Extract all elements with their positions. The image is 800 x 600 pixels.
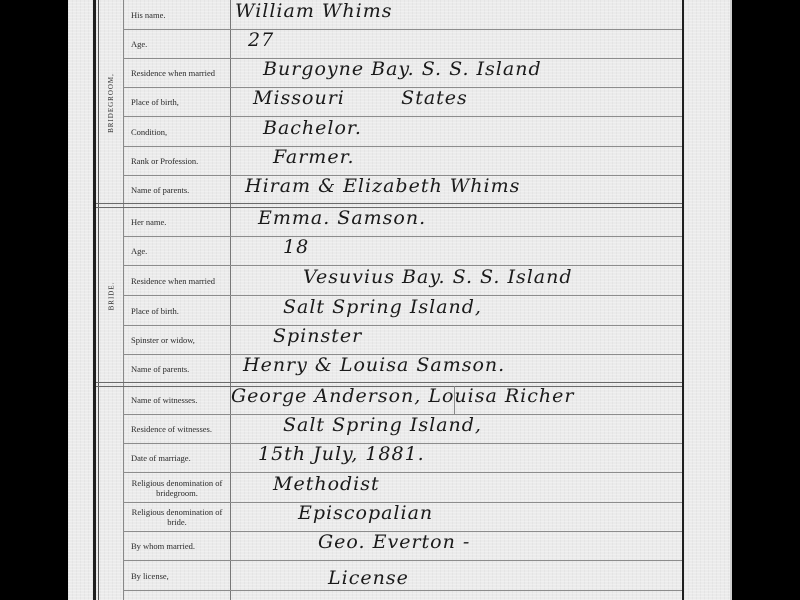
bridegroom-section-label: BRIDEGROOM, [100,0,122,205]
field-label: Residence when married [131,59,231,87]
field-label: Religious denomination of bridegroom. [123,473,231,502]
field-value-groom-age: 27 [248,26,274,54]
field-value-bride-condition: Spinster [273,322,362,350]
field-row-license: By license, License [123,561,682,591]
field-label: Name of parents. [131,355,231,382]
field-row-groom-name: His name. William Whims [123,0,682,30]
field-row-groom-birthplace: Place of birth, Missouri States [123,88,682,117]
field-label: By license, [131,561,231,590]
field-row-groom-parents: Name of parents. Hiram & Elizabeth Whims [123,176,682,204]
bride-section-label: BRIDE. [100,207,122,384]
left-border-rule-inner [98,0,99,600]
field-value-groom-name: William Whims [235,0,393,25]
field-value-witness-residence: Salt Spring Island, [283,411,482,439]
right-border-rule [682,0,684,600]
field-value-bride-name: Emma. Samson. [258,203,426,232]
field-value-groom-parents: Hiram & Elizabeth Whims [245,172,520,200]
field-label: Date of marriage. [131,444,231,472]
field-value-groom-condition: Bachelor. [263,113,362,142]
field-label: Place of birth, [131,88,231,116]
field-label: Residence when married [131,266,231,295]
field-value-groom-birthplace: Missouri States [253,84,468,112]
field-row-bride-birthplace: Place of birth. Salt Spring Island, [123,296,682,326]
field-row-marriage-date: Date of marriage. 15th July, 1881. [123,444,682,473]
field-label: His name. [131,0,231,29]
field-value-bride-religion: Episcopalian [298,499,433,527]
field-value-bride-parents: Henry & Louisa Samson. [243,351,505,378]
field-row-officiant: By whom married. Geo. Everton - [123,532,682,561]
field-label: Condition, [131,117,231,146]
field-value-witnesses: George Anderson, Louisa Richer [231,382,574,410]
field-label: Rank or Profession. [131,147,231,175]
field-label: Name of witnesses. [131,386,231,414]
field-label: Residence of witnesses. [131,415,231,443]
page-edge [730,0,732,600]
field-row-bride-name: Her name. Emma. Samson. [123,207,682,237]
field-label: Religious denomination of bride. [123,503,231,531]
left-border-rule [93,0,96,600]
field-label: By whom married. [131,532,231,560]
document-page: BRIDEGROOM, His name. William Whims Age.… [68,0,732,600]
field-value-groom-residence: Burgoyne Bay. S. S. Island [263,55,542,83]
field-row-bride-parents: Name of parents. Henry & Louisa Samson. [123,355,682,382]
field-label: Spinster or widow, [131,326,231,354]
field-value-groom-profession: Farmer. [273,143,355,171]
field-label: Place of birth. [131,296,231,325]
field-label: Age. [131,237,231,265]
field-label: Name of parents. [131,176,231,204]
field-value-marriage-date: 15th July, 1881. [258,440,425,468]
field-value-bride-age: 18 [283,233,309,261]
field-label: Her name. [131,207,231,236]
field-row-groom-condition: Condition, Bachelor. [123,117,682,147]
field-value-bride-birthplace: Salt Spring Island, [283,292,482,321]
field-value-license: License [328,563,409,592]
field-value-officiant: Geo. Everton - [318,528,470,556]
field-value-groom-religion: Methodist [273,469,380,498]
field-label: Age. [131,30,231,58]
field-value-bride-residence: Vesuvius Bay. S. S. Island [303,262,573,291]
